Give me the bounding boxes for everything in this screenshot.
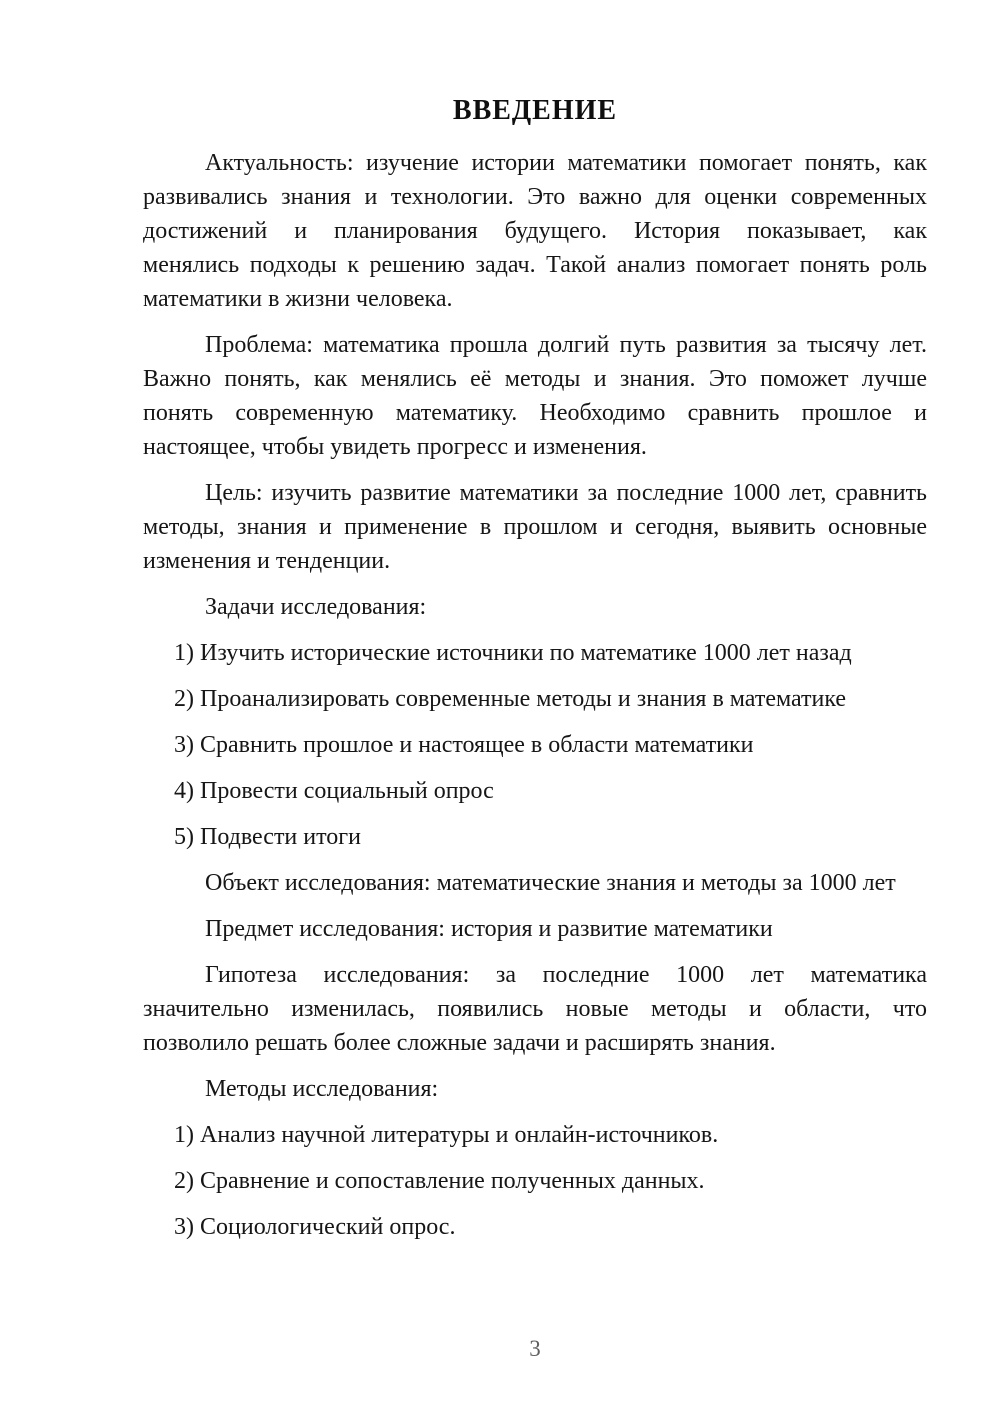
task-item-3: 3) Сравнить прошлое и настоящее в област… <box>174 728 927 762</box>
task-item-4: 4) Провести социальный опрос <box>174 774 927 808</box>
object-line: Объект исследования: математические знан… <box>143 866 927 900</box>
text-line: Важно понять, как менялись её методы и з… <box>143 362 927 396</box>
methods-heading: Методы исследования: <box>143 1072 927 1106</box>
text-line: Проблема: математика прошла долгий путь … <box>143 328 927 362</box>
text-line: понять современную математику. Необходим… <box>143 396 927 430</box>
text-line: развивались знания и технологии. Это важ… <box>143 180 927 214</box>
text-line: настоящее, чтобы увидеть прогресс и изме… <box>143 430 927 464</box>
task-item-1: 1) Изучить исторические источники по мат… <box>174 636 927 670</box>
paragraph-actuality: Актуальность: изучение истории математик… <box>143 146 927 316</box>
method-item-1: 1) Анализ научной литературы и онлайн-ис… <box>174 1118 927 1152</box>
task-item-2: 2) Проанализировать современные методы и… <box>174 682 927 716</box>
text-line: Цель: изучить развитие математики за пос… <box>143 476 927 510</box>
text-line: методы, знания и применение в прошлом и … <box>143 510 927 544</box>
paragraph-hypothesis: Гипотеза исследования: за последние 1000… <box>143 958 927 1060</box>
page-number: 3 <box>143 1332 927 1366</box>
text-line: менялись подходы к решению задач. Такой … <box>143 248 927 282</box>
text-line: математики в жизни человека. <box>143 282 927 316</box>
text-line: изменения и тенденции. <box>143 544 927 578</box>
method-item-2: 2) Сравнение и сопоставление полученных … <box>174 1164 927 1198</box>
task-item-5: 5) Подвести итоги <box>174 820 927 854</box>
paragraph-problem: Проблема: математика прошла долгий путь … <box>143 328 927 464</box>
text-line: достижений и планирования будущего. Исто… <box>143 214 927 248</box>
text-line: Гипотеза исследования: за последние 1000… <box>143 958 927 992</box>
tasks-heading: Задачи исследования: <box>143 590 927 624</box>
subject-line: Предмет исследования: история и развитие… <box>143 912 927 946</box>
method-item-3: 3) Социологический опрос. <box>174 1210 927 1244</box>
text-line: позволило решать более сложные задачи и … <box>143 1026 927 1060</box>
paragraph-goal: Цель: изучить развитие математики за пос… <box>143 476 927 578</box>
document-page: ВВЕДЕНИЕ Актуальность: изучение истории … <box>0 0 1000 1414</box>
section-title: ВВЕДЕНИЕ <box>143 92 927 130</box>
text-line: значительно изменилась, появились новые … <box>143 992 927 1026</box>
text-line: Актуальность: изучение истории математик… <box>143 146 927 180</box>
